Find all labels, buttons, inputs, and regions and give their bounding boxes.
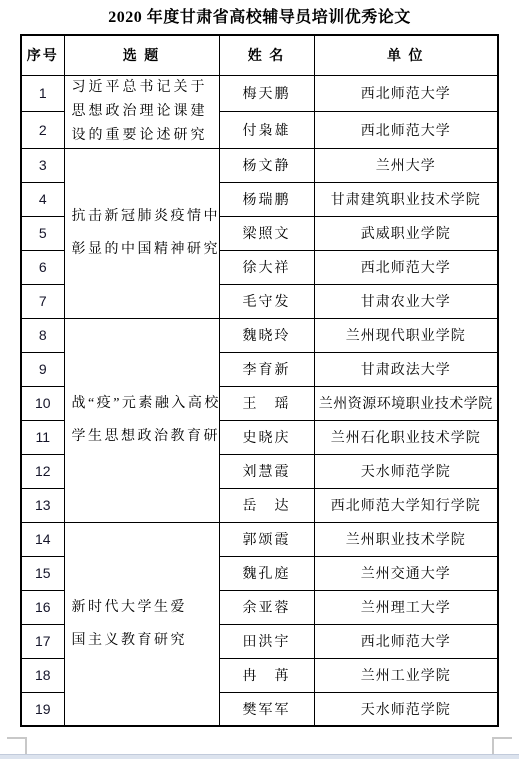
unit-cell: 兰州交通大学 (314, 556, 498, 590)
page-bottom-edge (0, 754, 519, 759)
unit-cell: 天水师范学院 (314, 454, 498, 488)
header-row: 序号 选 题 姓 名 单 位 (21, 35, 498, 75)
topic-line: 新时代大学生爱 (72, 591, 217, 624)
topic-cell: 新时代大学生爱 国主义教育研究 (64, 522, 219, 726)
name-cell: 田洪宇 (219, 624, 314, 658)
row-number: 11 (21, 420, 64, 454)
header-name: 姓 名 (219, 35, 314, 75)
unit-cell: 兰州大学 (314, 148, 498, 182)
header-unit: 单 位 (314, 35, 498, 75)
row-number: 14 (21, 522, 64, 556)
name-cell: 史晓庆 (219, 420, 314, 454)
unit-cell: 武威职业学院 (314, 216, 498, 250)
header-topic: 选 题 (64, 35, 219, 75)
unit-cell: 西北师范大学 (314, 624, 498, 658)
row-number: 6 (21, 250, 64, 284)
name-cell: 刘慧霞 (219, 454, 314, 488)
row-number: 10 (21, 386, 64, 420)
page-title: 2020 年度甘肃省高校辅导员培训优秀论文 (0, 4, 519, 27)
topic-line: 设的重要论述研究 (72, 124, 217, 148)
table-row: 1 习近平总书记关于 思想政治理论课建 设的重要论述研究 梅天鹏 西北师范大学 (21, 75, 498, 112)
name-cell: 毛守发 (219, 284, 314, 318)
name-cell: 付枭雄 (219, 112, 314, 149)
name-cell: 樊军军 (219, 692, 314, 726)
table-row: 3 抗击新冠肺炎疫情中 彰显的中国精神研究 杨文静 兰州大学 (21, 148, 498, 182)
name-cell: 冉 苒 (219, 658, 314, 692)
topic-line: 习近平总书记关于 (72, 76, 217, 100)
name-cell: 余亚蓉 (219, 590, 314, 624)
name-cell: 岳 达 (219, 488, 314, 522)
row-number: 9 (21, 352, 64, 386)
row-number: 12 (21, 454, 64, 488)
topic-line: 思想政治理论课建 (72, 100, 217, 124)
name-cell: 王 瑶 (219, 386, 314, 420)
row-number: 17 (21, 624, 64, 658)
row-number: 2 (21, 112, 64, 149)
row-number: 16 (21, 590, 64, 624)
row-number: 7 (21, 284, 64, 318)
unit-cell: 西北师范大学 (314, 75, 498, 112)
row-number: 19 (21, 692, 64, 726)
unit-cell: 甘肃政法大学 (314, 352, 498, 386)
unit-cell: 兰州现代职业学院 (314, 318, 498, 352)
row-number: 1 (21, 75, 64, 112)
name-cell: 郭颂霞 (219, 522, 314, 556)
name-cell: 梅天鹏 (219, 75, 314, 112)
name-cell: 魏晓玲 (219, 318, 314, 352)
table-row: 8 战“疫”元素融入高校 学生思想政治教育研究 魏晓玲 兰州现代职业学院 (21, 318, 498, 352)
name-cell: 杨瑞鹏 (219, 182, 314, 216)
row-number: 4 (21, 182, 64, 216)
document-page: 2020 年度甘肃省高校辅导员培训优秀论文 序号 选 题 姓 名 单 位 1 习… (0, 0, 519, 759)
unit-cell: 西北师范大学知行学院 (314, 488, 498, 522)
row-number: 13 (21, 488, 64, 522)
unit-cell: 兰州职业技术学院 (314, 522, 498, 556)
topic-cell: 战“疫”元素融入高校 学生思想政治教育研究 (64, 318, 219, 522)
unit-cell: 甘肃建筑职业技术学院 (314, 182, 498, 216)
unit-cell: 西北师范大学 (314, 250, 498, 284)
table-row: 14 新时代大学生爱 国主义教育研究 郭颂霞 兰州职业技术学院 (21, 522, 498, 556)
name-cell: 梁照文 (219, 216, 314, 250)
header-no: 序号 (21, 35, 64, 75)
row-number: 5 (21, 216, 64, 250)
unit-cell: 西北师范大学 (314, 112, 498, 149)
row-number: 3 (21, 148, 64, 182)
name-cell: 杨文静 (219, 148, 314, 182)
row-number: 8 (21, 318, 64, 352)
topic-line: 国主义教育研究 (72, 624, 217, 657)
topic-line: 战“疫”元素融入高校 (72, 387, 217, 420)
unit-cell: 兰州工业学院 (314, 658, 498, 692)
row-number: 18 (21, 658, 64, 692)
unit-cell: 天水师范学院 (314, 692, 498, 726)
name-cell: 徐大祥 (219, 250, 314, 284)
awards-table: 序号 选 题 姓 名 单 位 1 习近平总书记关于 思想政治理论课建 设的重要论… (20, 34, 499, 727)
topic-cell: 抗击新冠肺炎疫情中 彰显的中国精神研究 (64, 148, 219, 318)
topic-line: 抗击新冠肺炎疫情中 (72, 200, 217, 233)
name-cell: 李育新 (219, 352, 314, 386)
topic-cell: 习近平总书记关于 思想政治理论课建 设的重要论述研究 (64, 75, 219, 148)
name-cell: 魏孔庭 (219, 556, 314, 590)
unit-cell: 兰州资源环境职业技术学院 (314, 386, 498, 420)
topic-line: 彰显的中国精神研究 (72, 233, 217, 266)
unit-cell: 兰州理工大学 (314, 590, 498, 624)
unit-cell: 甘肃农业大学 (314, 284, 498, 318)
row-number: 15 (21, 556, 64, 590)
unit-cell: 兰州石化职业技术学院 (314, 420, 498, 454)
topic-line: 学生思想政治教育研究 (72, 420, 217, 453)
